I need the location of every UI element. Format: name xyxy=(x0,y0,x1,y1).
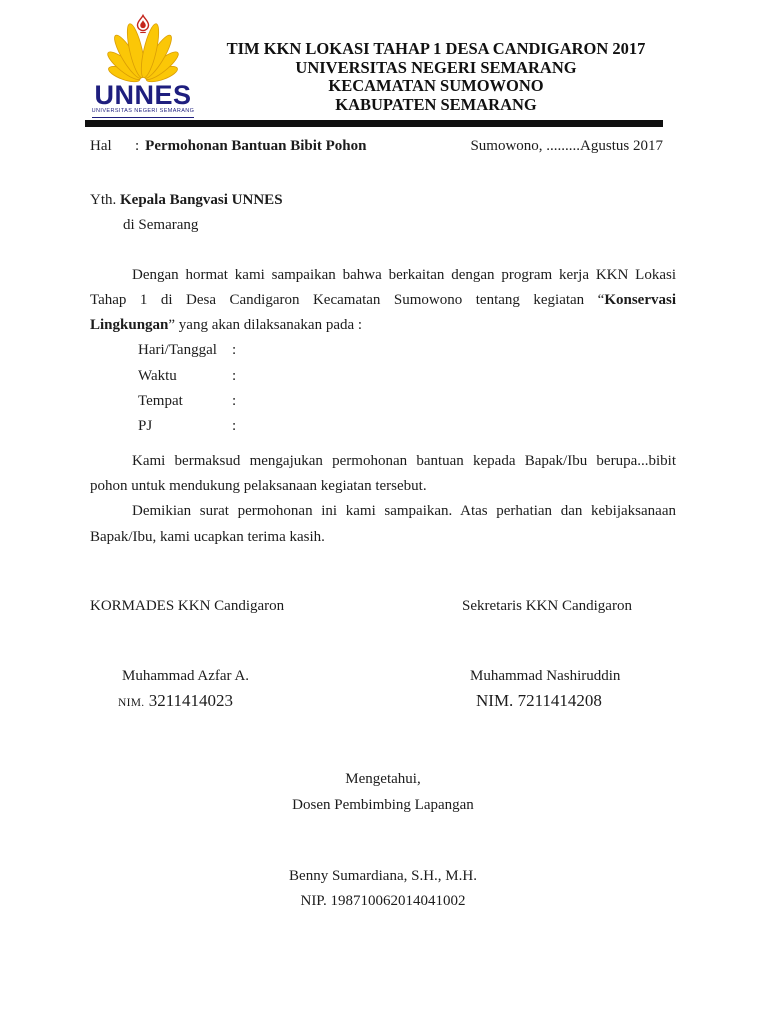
subject-line: Hal:Permohonan Bantuan Bibit Pohon xyxy=(90,137,366,156)
detail-value xyxy=(236,338,676,363)
letterhead-title: TIM KKN LOKASI TAHAP 1 DESA CANDIGARON 2… xyxy=(196,14,676,118)
recipient-salutation: Yth. xyxy=(90,192,120,208)
detail-row-day: Hari/Tanggal: xyxy=(138,338,676,363)
detail-label: Tempat xyxy=(138,389,232,414)
subject-date-row: Hal:Permohonan Bantuan Bibit Pohon Sumow… xyxy=(90,137,676,156)
recipient-name: Kepala Bangvasi UNNES xyxy=(120,192,283,208)
paragraph-1-text-b: ” yang akan dilaksanakan pada : xyxy=(168,317,362,333)
supervisor-nip: NIP. 198710062014041002 xyxy=(90,889,676,914)
approval-block: Mengetahui, Dosen Pembimbing Lapangan Be… xyxy=(90,767,676,914)
letterhead-line-4: KABUPATEN SEMARANG xyxy=(196,96,676,115)
approval-line-1: Mengetahui, xyxy=(90,767,676,792)
signer-nim: NIM. 7211414208 xyxy=(476,689,676,713)
detail-label: PJ xyxy=(138,414,232,439)
subject-colon: : xyxy=(135,138,139,154)
detail-label: Waktu xyxy=(138,364,232,389)
signature-name-block: Muhammad Nashiruddin NIM. 7211414208 xyxy=(462,664,676,713)
wings-icon xyxy=(104,22,181,83)
subject-label: Hal xyxy=(90,137,135,156)
approval-line-2: Dosen Pembimbing Lapangan xyxy=(90,793,676,818)
signer-name: Muhammad Nashiruddin xyxy=(470,664,676,689)
letterhead: UNNES UNIVERSITAS NEGERI SEMARANG TIM KK… xyxy=(90,14,676,118)
subject-text: Permohonan Bantuan Bibit Pohon xyxy=(145,138,366,154)
recipient-block: Yth. Kepala Bangvasi UNNES di Semarang xyxy=(90,188,676,239)
signature-name-block: Muhammad Azfar A. NIM. 3211414023 xyxy=(90,664,462,715)
recipient-line: Yth. Kepala Bangvasi UNNES xyxy=(90,188,676,213)
paragraph-1-text-a: Dengan hormat kami sampaikan bahwa berka… xyxy=(90,267,676,308)
supervisor-name: Benny Sumardiana, S.H., M.H. xyxy=(90,864,676,889)
signer-nim: NIM. 3211414023 xyxy=(118,689,462,715)
unnes-wordmark: UNNES xyxy=(94,83,191,107)
detail-row-place: Tempat: xyxy=(138,389,676,414)
signature-sekretaris: Sekretaris KKN Candigaron Muhammad Nashi… xyxy=(462,594,676,716)
detail-value xyxy=(236,414,676,439)
unnes-logo-caption: UNIVERSITAS NEGERI SEMARANG xyxy=(92,107,195,118)
signature-row: KORMADES KKN Candigaron Muhammad Azfar A… xyxy=(90,594,676,716)
approval-name-block: Benny Sumardiana, S.H., M.H. NIP. 198710… xyxy=(90,864,676,915)
detail-value xyxy=(236,364,676,389)
nim-label: NIM. xyxy=(476,691,513,710)
signature-title: KORMADES KKN Candigaron xyxy=(90,594,462,619)
letter-page: UNNES UNIVERSITAS NEGERI SEMARANG TIM KK… xyxy=(0,0,768,1024)
signature-kormades: KORMADES KKN Candigaron Muhammad Azfar A… xyxy=(90,594,462,716)
paragraph-2: Kami bermaksud mengajukan permohonan ban… xyxy=(90,449,676,500)
event-details: Hari/Tanggal: Waktu: Tempat: PJ: xyxy=(138,338,676,439)
detail-row-pj: PJ: xyxy=(138,414,676,439)
letterhead-line-1: TIM KKN LOKASI TAHAP 1 DESA CANDIGARON 2… xyxy=(196,40,676,59)
paragraph-3: Demikian surat permohonan ini kami sampa… xyxy=(90,499,676,550)
nim-label: NIM. xyxy=(118,697,144,709)
signature-title: Sekretaris KKN Candigaron xyxy=(462,594,676,619)
letterhead-divider xyxy=(85,120,663,127)
nim-number: 3211414023 xyxy=(149,691,233,710)
unnes-logo-icon xyxy=(93,14,193,83)
unnes-logo: UNNES UNIVERSITAS NEGERI SEMARANG xyxy=(90,14,196,118)
detail-value xyxy=(236,389,676,414)
nim-number: 7211414208 xyxy=(518,691,602,710)
recipient-city: di Semarang xyxy=(123,213,676,238)
detail-row-time: Waktu: xyxy=(138,364,676,389)
detail-label: Hari/Tanggal xyxy=(138,338,232,363)
dateline: Sumowono, .........Agustus 2017 xyxy=(470,137,676,156)
letterhead-line-2: UNIVERSITAS NEGERI SEMARANG xyxy=(196,59,676,78)
signer-name: Muhammad Azfar A. xyxy=(122,664,462,689)
paragraph-1: Dengan hormat kami sampaikan bahwa berka… xyxy=(90,263,676,339)
flame-icon xyxy=(137,15,148,33)
letterhead-line-3: KECAMATAN SUMOWONO xyxy=(196,77,676,96)
